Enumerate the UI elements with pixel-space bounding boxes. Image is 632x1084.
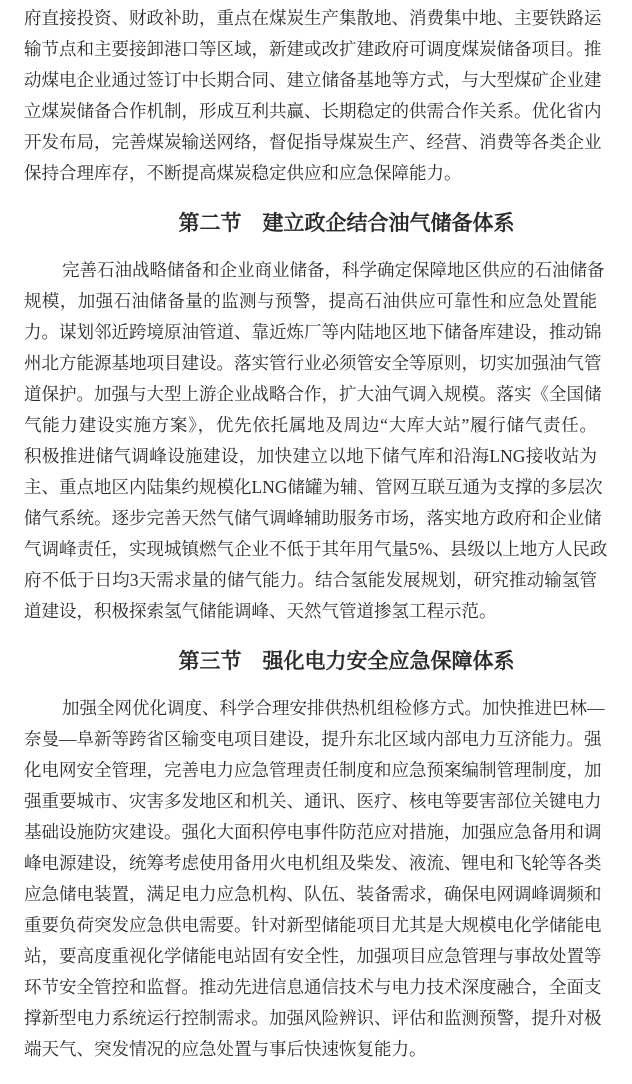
text-line: 应急储电装置，满足电力应急机构、队伍、装备需求，确保电网调峰调频和	[24, 879, 597, 910]
text-line: 环节安全管控和监督。推动先进信息通信技术与电力技术深度融合，全面支	[24, 972, 597, 1003]
text-line: 府不低于日均3天需求量的储气能力。结合氢能发展规划，研究推动输氢管	[24, 565, 597, 596]
text-line: 力。谋划邻近跨境原油管道、靠近炼厂等内陆地区地下储备库建设，推动锦	[24, 317, 597, 348]
text-line: 重要负荷突发应急供电需要。针对新型储能项目尤其是大规模电化学储能电	[24, 910, 597, 941]
text-line: 保持合理库存，不断提高煤炭稳定供应和应急保障能力。	[24, 158, 597, 189]
text-line: 道建设，积极探索氢气储能调峰、天然气管道掺氢工程示范。	[24, 596, 597, 627]
text-line: 储气系统。逐步完善天然气储气调峰辅助服务市场，落实地方政府和企业储	[24, 503, 597, 534]
text-line: 道保护。加强与大型上游企业战略合作，扩大油气调入规模。落实《全国储	[24, 379, 597, 410]
text-line: 基础设施防灾建设。强化大面积停电事件防范应对措施，加强应急备用和调	[24, 817, 597, 848]
text-line: 气能力建设实施方案》，优先依托属地及周边“大库大站”履行储气责任。	[24, 410, 597, 441]
text-line: 奈曼—阜新等跨省区输变电项目建设，提升东北区域内部电力互济能力。强	[24, 724, 597, 755]
document-page: { "page": { "background": "#ffffff", "te…	[0, 0, 632, 1084]
text-line: 输节点和主要接卸港口等区域，新建或改扩建政府可调度煤炭储备项目。推	[24, 34, 597, 65]
text-line: 强重要城市、灾害多发地区和机关、通讯、医疗、核电等要害部位关键电力	[24, 786, 597, 817]
text-line: 加强全网优化调度、科学合理安排供热机组检修方式。加快推进巴林—	[24, 693, 597, 724]
text-line: 端天气、突发情况的应急处置与事后快速恢复能力。	[24, 1034, 597, 1065]
section-heading: 第三节 强化电力安全应急保障体系	[24, 643, 597, 679]
text-line: 完善石油战略储备和企业商业储备，科学确定保障地区供应的石油储备	[24, 255, 597, 286]
document-body: 府直接投资、财政补助，重点在煤炭生产集散地、消费集中地、主要铁路运输节点和主要接…	[0, 0, 632, 1065]
text-line: 积极推进储气调峰设施建设，加快建立以地下储气库和沿海LNG接收站为	[24, 441, 597, 472]
text-line: 气调峰责任，实现城镇燃气企业不低于其年用气量5%、县级以上地方人民政	[24, 534, 597, 565]
text-line: 立煤炭储备合作机制，形成互利共赢、长期稳定的供需合作关系。优化省内	[24, 96, 597, 127]
paragraph: 府直接投资、财政补助，重点在煤炭生产集散地、消费集中地、主要铁路运输节点和主要接…	[24, 3, 597, 189]
text-line: 州北方能源基地项目建设。落实管行业必须管安全等原则，切实加强油气管	[24, 348, 597, 379]
text-line: 府直接投资、财政补助，重点在煤炭生产集散地、消费集中地、主要铁路运	[24, 3, 597, 34]
section-heading: 第二节 建立政企结合油气储备体系	[24, 205, 597, 241]
text-line: 主、重点地区内陆集约规模化LNG储罐为辅、管网互联互通为支撑的多层次	[24, 472, 597, 503]
text-line: 动煤电企业通过签订中长期合同、建立储备基地等方式，与大型煤矿企业建	[24, 65, 597, 96]
text-line: 化电网安全管理，完善电力应急管理责任制度和应急预案编制管理制度，加	[24, 755, 597, 786]
paragraph: 完善石油战略储备和企业商业储备，科学确定保障地区供应的石油储备规模，加强石油储备…	[24, 255, 597, 627]
text-line: 开发布局，完善煤炭输送网络，督促指导煤炭生产、经营、消费等各类企业	[24, 127, 597, 158]
text-line: 规模，加强石油储备量的监测与预警，提高石油供应可靠性和应急处置能	[24, 286, 597, 317]
paragraph: 加强全网优化调度、科学合理安排供热机组检修方式。加快推进巴林—奈曼—阜新等跨省区…	[24, 693, 597, 1065]
text-line: 站，要高度重视化学储能电站固有安全性，加强项目应急管理与事故处置等	[24, 941, 597, 972]
text-line: 撑新型电力系统运行控制需求。加强风险辨识、评估和监测预警，提升对极	[24, 1003, 597, 1034]
text-line: 峰电源建设，统筹考虑使用备用火电机组及柴发、液流、锂电和飞轮等各类	[24, 848, 597, 879]
